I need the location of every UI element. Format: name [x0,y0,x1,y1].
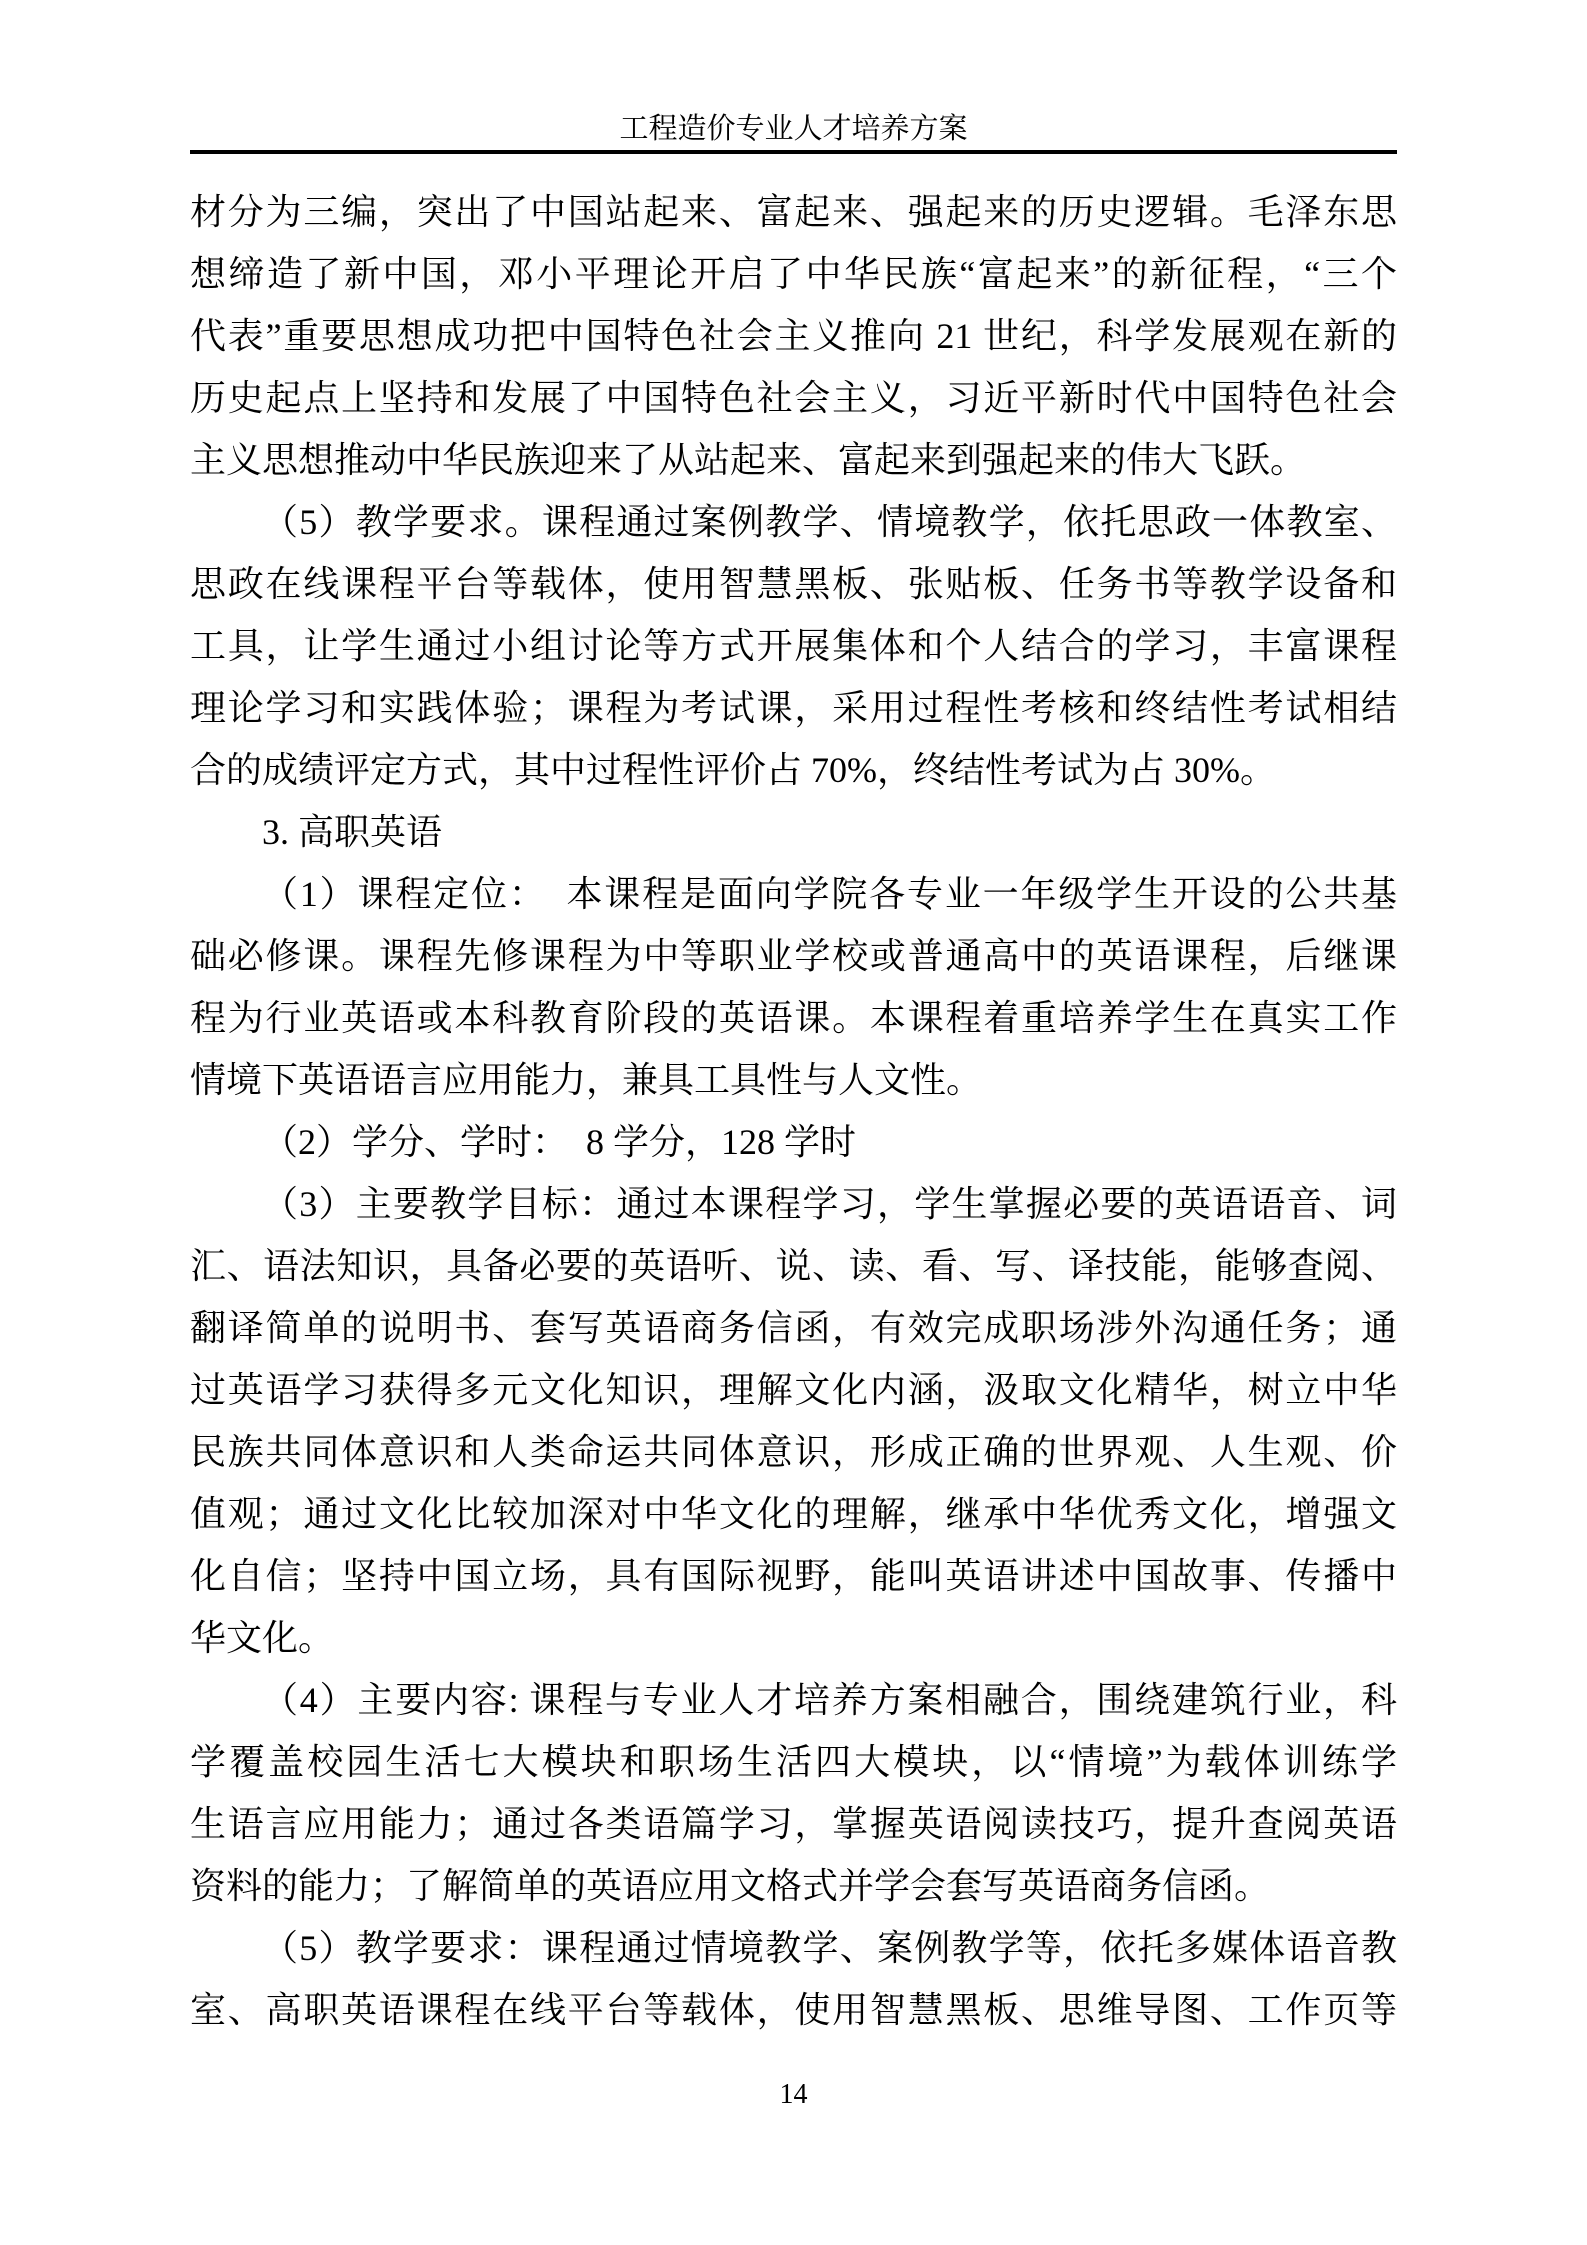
text-line: 历史起点上坚持和发展了中国特色社会主义，习近平新时代中国特色社会 [190,367,1397,429]
text-line: 思政在线课程平台等载体，使用智慧黑板、张贴板、任务书等教学设备和 [190,553,1397,615]
text-line: 学覆盖校园生活七大模块和职场生活四大模块，以“情境”为载体训练学 [190,1731,1397,1793]
text-line: 过英语学习获得多元文化知识，理解文化内涵，汲取文化精华，树立中华 [190,1359,1397,1421]
text-line: （5）教学要求：课程通过情境教学、案例教学等，依托多媒体语音教 [190,1917,1397,1979]
page-header-title: 工程造价专业人才培养方案 [0,112,1587,146]
text-line: 材分为三编，突出了中国站起来、富起来、强起来的历史逻辑。毛泽东思 [190,181,1397,243]
text-line: （4）主要内容: 课程与专业人才培养方案相融合，围绕建筑行业，科 [190,1669,1397,1731]
text-line: （2）学分、学时： 8 学分，128 学时 [190,1111,1397,1173]
text-line: 理论学习和实践体验；课程为考试课，采用过程性考核和终结性考试相结 [190,677,1397,739]
text-line: 想缔造了新中国，邓小平理论开启了中华民族“富起来”的新征程，“三个 [190,243,1397,305]
document-page: 工程造价专业人才培养方案 材分为三编，突出了中国站起来、富起来、强起来的历史逻辑… [0,0,1587,2245]
text-line: 程为行业英语或本科教育阶段的英语课。本课程着重培养学生在真实工作 [190,987,1397,1049]
text-line: 汇、语法知识，具备必要的英语听、说、读、看、写、译技能，能够查阅、 [190,1235,1397,1297]
body-text: 材分为三编，突出了中国站起来、富起来、强起来的历史逻辑。毛泽东思想缔造了新中国，… [190,181,1397,2041]
text-line: 3. 高职英语 [190,801,1397,863]
text-line: （3）主要教学目标：通过本课程学习，学生掌握必要的英语语音、词 [190,1173,1397,1235]
text-line: 华文化。 [190,1607,1397,1669]
text-line: 室、高职英语课程在线平台等载体，使用智慧黑板、思维导图、工作页等 [190,1979,1397,2041]
text-line: 代表”重要思想成功把中国特色社会主义推向 21 世纪，科学发展观在新的 [190,305,1397,367]
text-line: 资料的能力；了解简单的英语应用文格式并学会套写英语商务信函。 [190,1855,1397,1917]
header-rule [190,150,1397,154]
text-line: 生语言应用能力；通过各类语篇学习，掌握英语阅读技巧，提升查阅英语 [190,1793,1397,1855]
text-line: 化自信；坚持中国立场，具有国际视野，能叫英语讲述中国故事、传播中 [190,1545,1397,1607]
page-number: 14 [0,2078,1587,2112]
text-line: 翻译简单的说明书、套写英语商务信函，有效完成职场涉外沟通任务；通 [190,1297,1397,1359]
text-line: 情境下英语语言应用能力，兼具工具性与人文性。 [190,1049,1397,1111]
text-line: 础必修课。课程先修课程为中等职业学校或普通高中的英语课程，后继课 [190,925,1397,987]
text-line: 主义思想推动中华民族迎来了从站起来、富起来到强起来的伟大飞跃。 [190,429,1397,491]
text-line: 民族共同体意识和人类命运共同体意识，形成正确的世界观、人生观、价 [190,1421,1397,1483]
text-line: 值观；通过文化比较加深对中华文化的理解，继承中华优秀文化，增强文 [190,1483,1397,1545]
text-line: （5）教学要求。课程通过案例教学、情境教学，依托思政一体教室、 [190,491,1397,553]
text-line: 工具，让学生通过小组讨论等方式开展集体和个人结合的学习，丰富课程 [190,615,1397,677]
text-line: 合的成绩评定方式，其中过程性评价占 70%，终结性考试为占 30%。 [190,739,1397,801]
text-line: （1）课程定位： 本课程是面向学院各专业一年级学生开设的公共基 [190,863,1397,925]
